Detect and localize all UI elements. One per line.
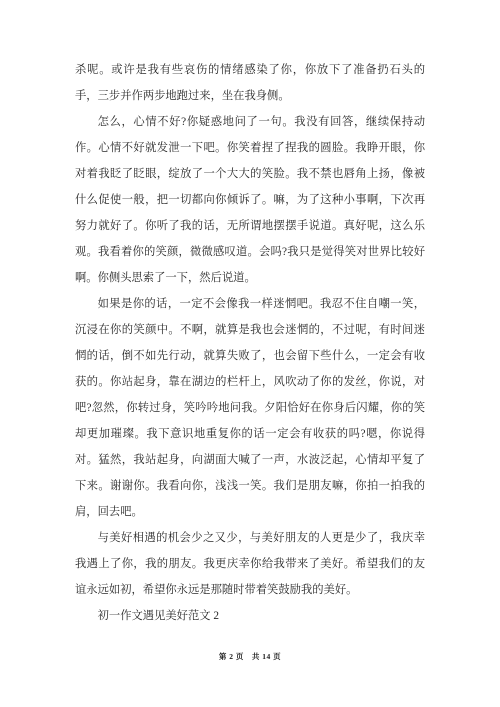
page-number-footer: 第 2 页共 14 页 [0, 651, 500, 662]
paragraph: 与美好相遇的机会少之又少，与美好朋友的人更是少了，我庆幸我遇上了你，我的朋友。我… [75, 525, 425, 603]
total-pages-label: 共 14 页 [252, 652, 281, 661]
paragraph: 初一作文遇见美好范文 2 [75, 603, 425, 629]
essay-body: 杀呢。或许是我有些哀伤的情绪感染了你，你放下了准备扔石头的手，三步并作两步地跑过… [75, 57, 425, 629]
paragraph: 怎么，心情不好?你疑惑地问了一句。我没有回答，继续保持动作。心情不好就发泄一下吧… [75, 109, 425, 291]
paragraph: 杀呢。或许是我有些哀伤的情绪感染了你，你放下了准备扔石头的手，三步并作两步地跑过… [75, 57, 425, 109]
paragraph: 如果是你的话，一定不会像我一样迷惘吧。我忍不住自嘲一笑，沉浸在你的笑颜中。不啊，… [75, 291, 425, 525]
document-page: 杀呢。或许是我有些哀伤的情绪感染了你，你放下了准备扔石头的手，三步并作两步地跑过… [0, 0, 500, 707]
current-page-label: 第 2 页 [219, 652, 244, 661]
